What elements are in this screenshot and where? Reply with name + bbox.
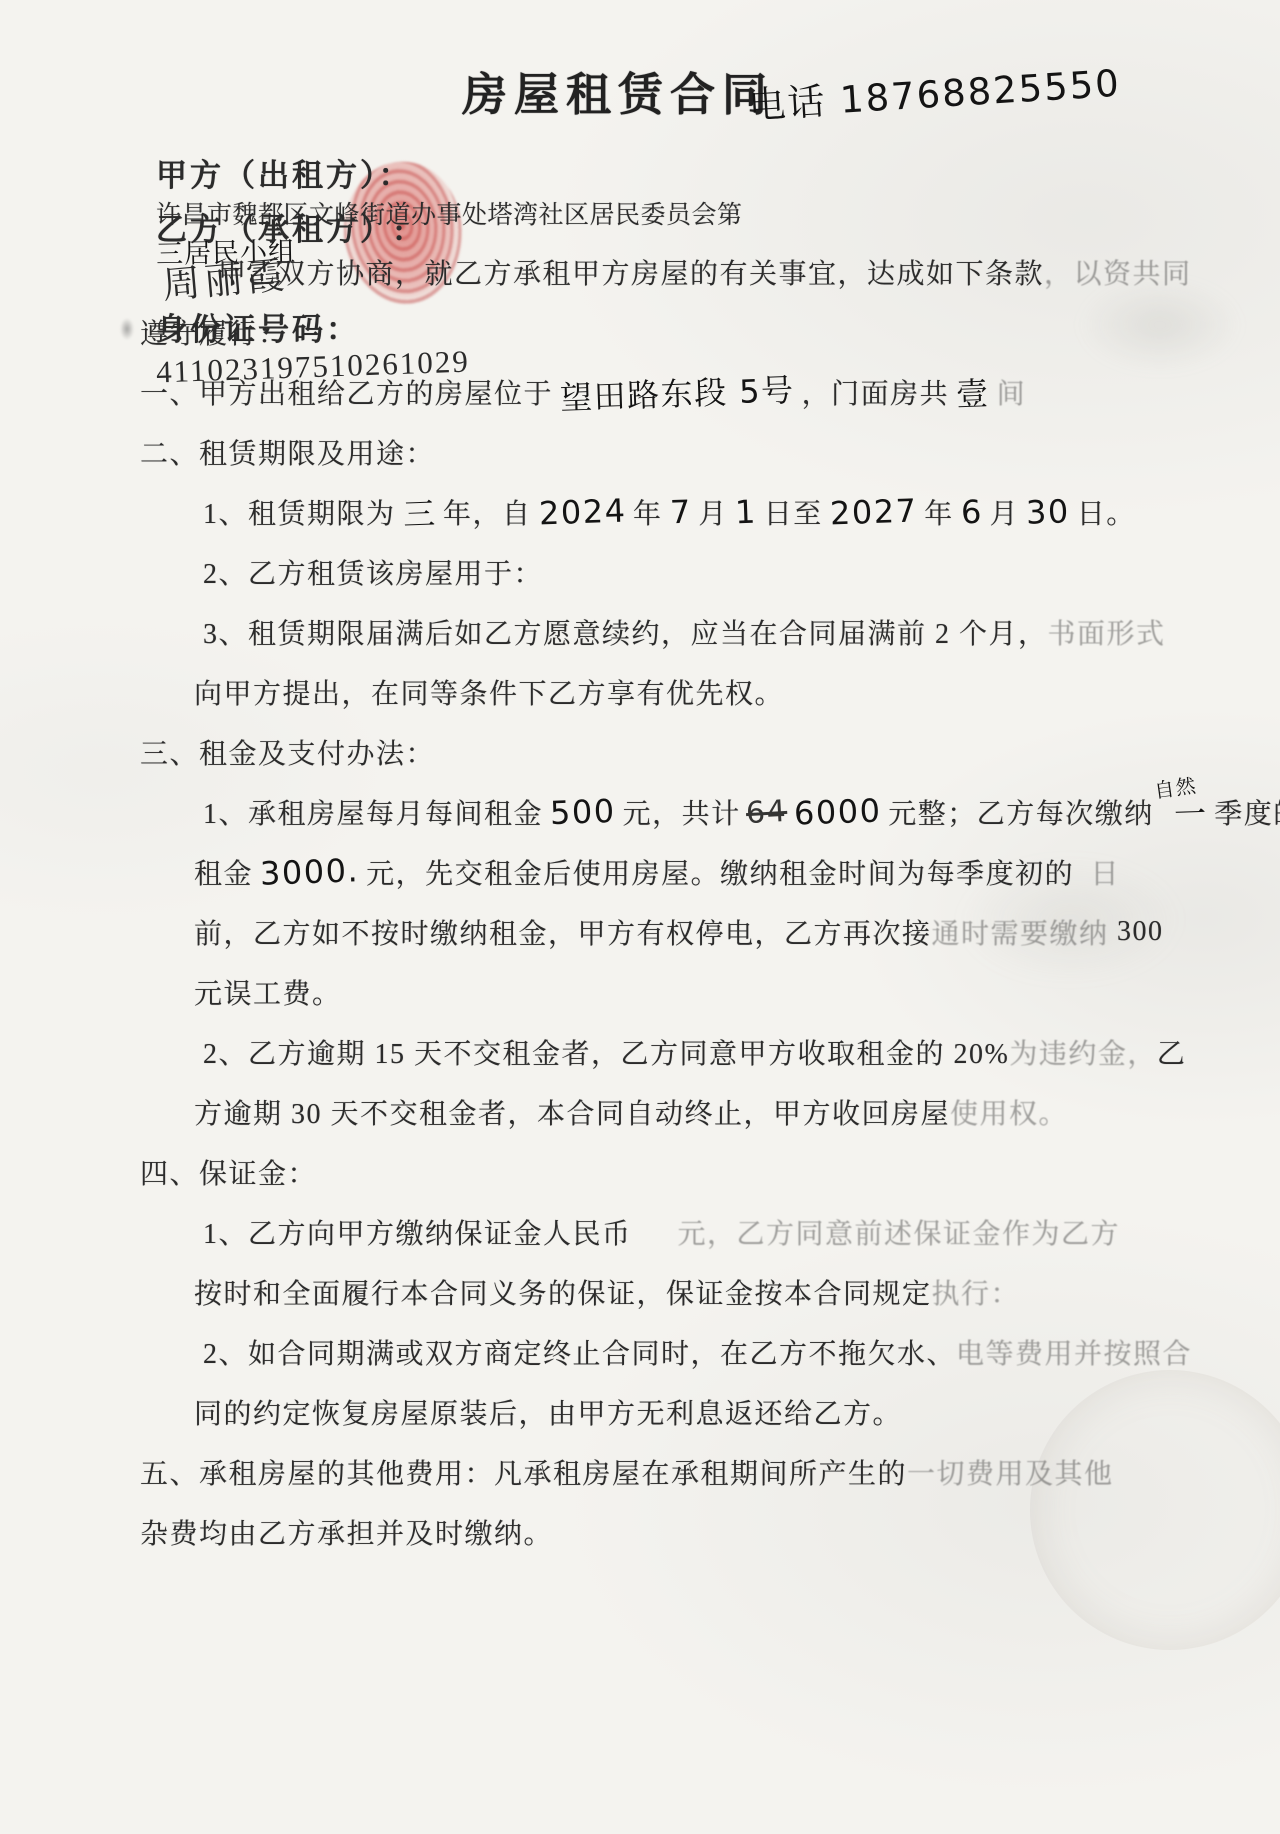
printed-text: 按时和全面履行本合同义务的保证，保证金按本合同规定 [194, 1272, 932, 1312]
clause-1-location: 一、甲方出租给乙方的房屋位于望田路东段 5号，门面房共壹间 [0, 362, 1120, 422]
printed-text: 执行： [932, 1272, 1021, 1312]
clause-5a-other-fees: 五、承租房屋的其他费用：凡承租房屋在承租期间所产生的一切费用及其他 [0, 1442, 1120, 1502]
printed-text: 300 [1109, 916, 1164, 948]
printed-text: 2、如合同期满或双方商定终止合同时，在乙方不拖欠水、 [203, 1332, 956, 1372]
printed-text: 2、乙方逾期 15 天不交租金者，乙方同意甲方收取租金的 20% [203, 1032, 1009, 1072]
printed-text: 三、租金及支付办法： [140, 732, 435, 772]
handwritten-text: 2024 [538, 491, 627, 532]
clause-3-item-1c-rent: 前，乙方如不按时缴纳租金，甲方有权停电，乙方再次接通时需要缴纳 300 [0, 902, 1120, 962]
contract-body: 甲乙双方协商，就乙方承租甲方房屋的有关事宜，达成如下条款，以资共同遵守履行：一、… [0, 242, 1120, 1562]
preamble-line-1: 甲乙双方协商，就乙方承租甲方房屋的有关事宜，达成如下条款，以资共同 [0, 242, 1120, 302]
printed-text: 日至 [764, 492, 823, 532]
printed-text: 遵守履行： [140, 312, 288, 352]
handwritten-text: 6000 [793, 791, 882, 832]
handwritten-text: 7 [669, 493, 692, 532]
clause-3-item-1a-rent: 1、承租房屋每月每间租金500元，共计646000元整；乙方每次缴纳自然一季度的 [0, 782, 1120, 842]
handwritten-phone-note: 电话 18768825550 [747, 53, 1122, 130]
printed-text: 前，乙方如不按时缴纳租金，甲方有权停电，乙方再次接 [194, 912, 932, 952]
printed-text: 为违约金， [1009, 1032, 1157, 1072]
handwritten-text: 1 [734, 493, 757, 532]
printed-text: 元，共计 [623, 792, 741, 832]
clause-3-item-2a-overdue: 2、乙方逾期 15 天不交租金者，乙方同意甲方收取租金的 20%为违约金，乙 [0, 1022, 1120, 1082]
printed-text: 二、租赁期限及用途： [140, 432, 435, 472]
clause-4-item-1a-deposit: 1、乙方向甲方缴纳保证金人民币元，乙方同意前述保证金作为乙方 [0, 1202, 1120, 1262]
printed-text: 向甲方提出，在同等条件下乙方享有优先权。 [194, 672, 784, 712]
handwritten-text: 6 [960, 493, 983, 532]
handwritten-text: 30 [1025, 492, 1070, 532]
printed-text: 年 [924, 492, 954, 532]
printed-text: 四、保证金： [140, 1152, 317, 1192]
handwritten-text: 望田路东段 5号 [559, 365, 795, 419]
clause-2-header: 二、租赁期限及用途： [0, 422, 1120, 482]
clause-2-item-2-use: 2、乙方租赁该房屋用于： [0, 542, 1120, 602]
printed-text: 月 [698, 492, 728, 532]
handwritten-text: 3000. [259, 851, 359, 892]
printed-text: 元，乙方同意前述 [677, 1212, 913, 1252]
handwritten-text: 壹 [955, 368, 990, 415]
printed-text: 季度的 [1214, 792, 1280, 832]
clause-4-item-1b-deposit: 按时和全面履行本合同义务的保证，保证金按本合同规定执行： [0, 1262, 1120, 1322]
clause-4-header: 四、保证金： [0, 1142, 1120, 1202]
printed-text: 日 [1090, 852, 1120, 892]
printed-text: 日。 [1077, 492, 1136, 532]
clause-5b-other-fees: 杂费均由乙方承担并及时缴纳。 [0, 1502, 1120, 1562]
clause-2-item-3b-renewal: 向甲方提出，在同等条件下乙方享有优先权。 [0, 662, 1120, 722]
printed-text: ，以资共同 [1044, 252, 1192, 292]
printed-text: 通时需要缴纳 [932, 912, 1109, 952]
printed-text: 元，先交租金后使用房屋。缴纳租金时间为每季度初的 [366, 852, 1074, 892]
printed-text: 一切费用及其他 [907, 1452, 1114, 1492]
printed-text: 杂费均由乙方承担并及时缴纳。 [140, 1512, 553, 1552]
printed-text: 1、乙方向甲方缴纳保证金人民币 [203, 1212, 632, 1252]
preamble-line-2: 遵守履行： [0, 302, 1120, 362]
handwritten-text: 64 [745, 793, 788, 830]
printed-text: 一、甲方出租给乙方的房屋位于 [140, 372, 553, 412]
document-title: 房屋租赁合同 [462, 58, 774, 123]
clause-3-item-1b-rent: 租金3000.元，先交租金后使用房屋。缴纳租金时间为每季度初的日 [0, 842, 1120, 902]
printed-text: 甲乙双方协商，就乙方承租甲方房屋的有关事宜，达成如下条款 [218, 252, 1044, 292]
handwritten-text: 2027 [829, 491, 918, 532]
printed-text: 使用权。 [950, 1092, 1068, 1132]
printed-text: 租金 [194, 852, 253, 892]
printed-text: 2、乙方租赁该房屋用于： [203, 552, 543, 592]
scanned-contract-page: 房屋租赁合同 电话 18768825550 甲方（出租方）： 许昌市魏都区文峰街… [0, 0, 1280, 1834]
printed-text: 间 [997, 372, 1027, 412]
handwritten-text: 一 [1173, 788, 1208, 835]
printed-text: 五、承租房屋的其他费用：凡承租房屋在承租期间所产生的 [140, 1452, 907, 1492]
printed-text: 乙 [1157, 1032, 1187, 1072]
printed-text: 书面形式 [1048, 612, 1166, 652]
clause-4-item-2b-refund: 同的约定恢复房屋原装后，由甲方无利息返还给乙方。 [0, 1382, 1120, 1442]
clause-2-item-3a-renewal: 3、租赁期限届满后如乙方愿意续约，应当在合同届满前 2 个月，书面形式 [0, 602, 1120, 662]
handwritten-text: 500 [549, 792, 616, 832]
printed-text: 元整；乙方每次缴纳 [888, 792, 1154, 832]
printed-text: 保证金作为乙方 [913, 1212, 1120, 1252]
printed-text: 1、租赁期限为 [203, 492, 396, 532]
printed-text: 元误工费。 [194, 972, 342, 1012]
printed-text: 电等费用并按照合 [956, 1332, 1192, 1372]
clause-3-header: 三、租金及支付办法： [0, 722, 1120, 782]
printed-text: 月 [990, 492, 1020, 532]
clause-3-item-2b-overdue: 方逾期 30 天不交租金者，本合同自动终止，甲方收回房屋使用权。 [0, 1082, 1120, 1142]
printed-text: 1、承租房屋每月每间租金 [203, 792, 543, 832]
clause-4-item-2a-refund: 2、如合同期满或双方商定终止合同时，在乙方不拖欠水、电等费用并按照合 [0, 1322, 1120, 1382]
clause-3-item-1d-rent: 元误工费。 [0, 962, 1120, 1022]
printed-text: ，门面房共 [802, 372, 950, 412]
printed-text: 3、租赁期限届满后如乙方愿意续约，应当在合同届满前 2 个月， [203, 612, 1048, 652]
printed-text: 年，自 [443, 492, 532, 532]
handwritten-text: 三 [402, 488, 437, 535]
printed-text: 同的约定恢复房屋原装后，由甲方无利息返还给乙方。 [194, 1392, 902, 1432]
printed-text: 年 [633, 492, 663, 532]
clause-2-item-1-term: 1、租赁期限为三年，自2024年7月1日至2027年6月30日。 [0, 482, 1120, 542]
printed-text: 方逾期 30 天不交租金者，本合同自动终止，甲方收回房屋 [194, 1092, 950, 1132]
